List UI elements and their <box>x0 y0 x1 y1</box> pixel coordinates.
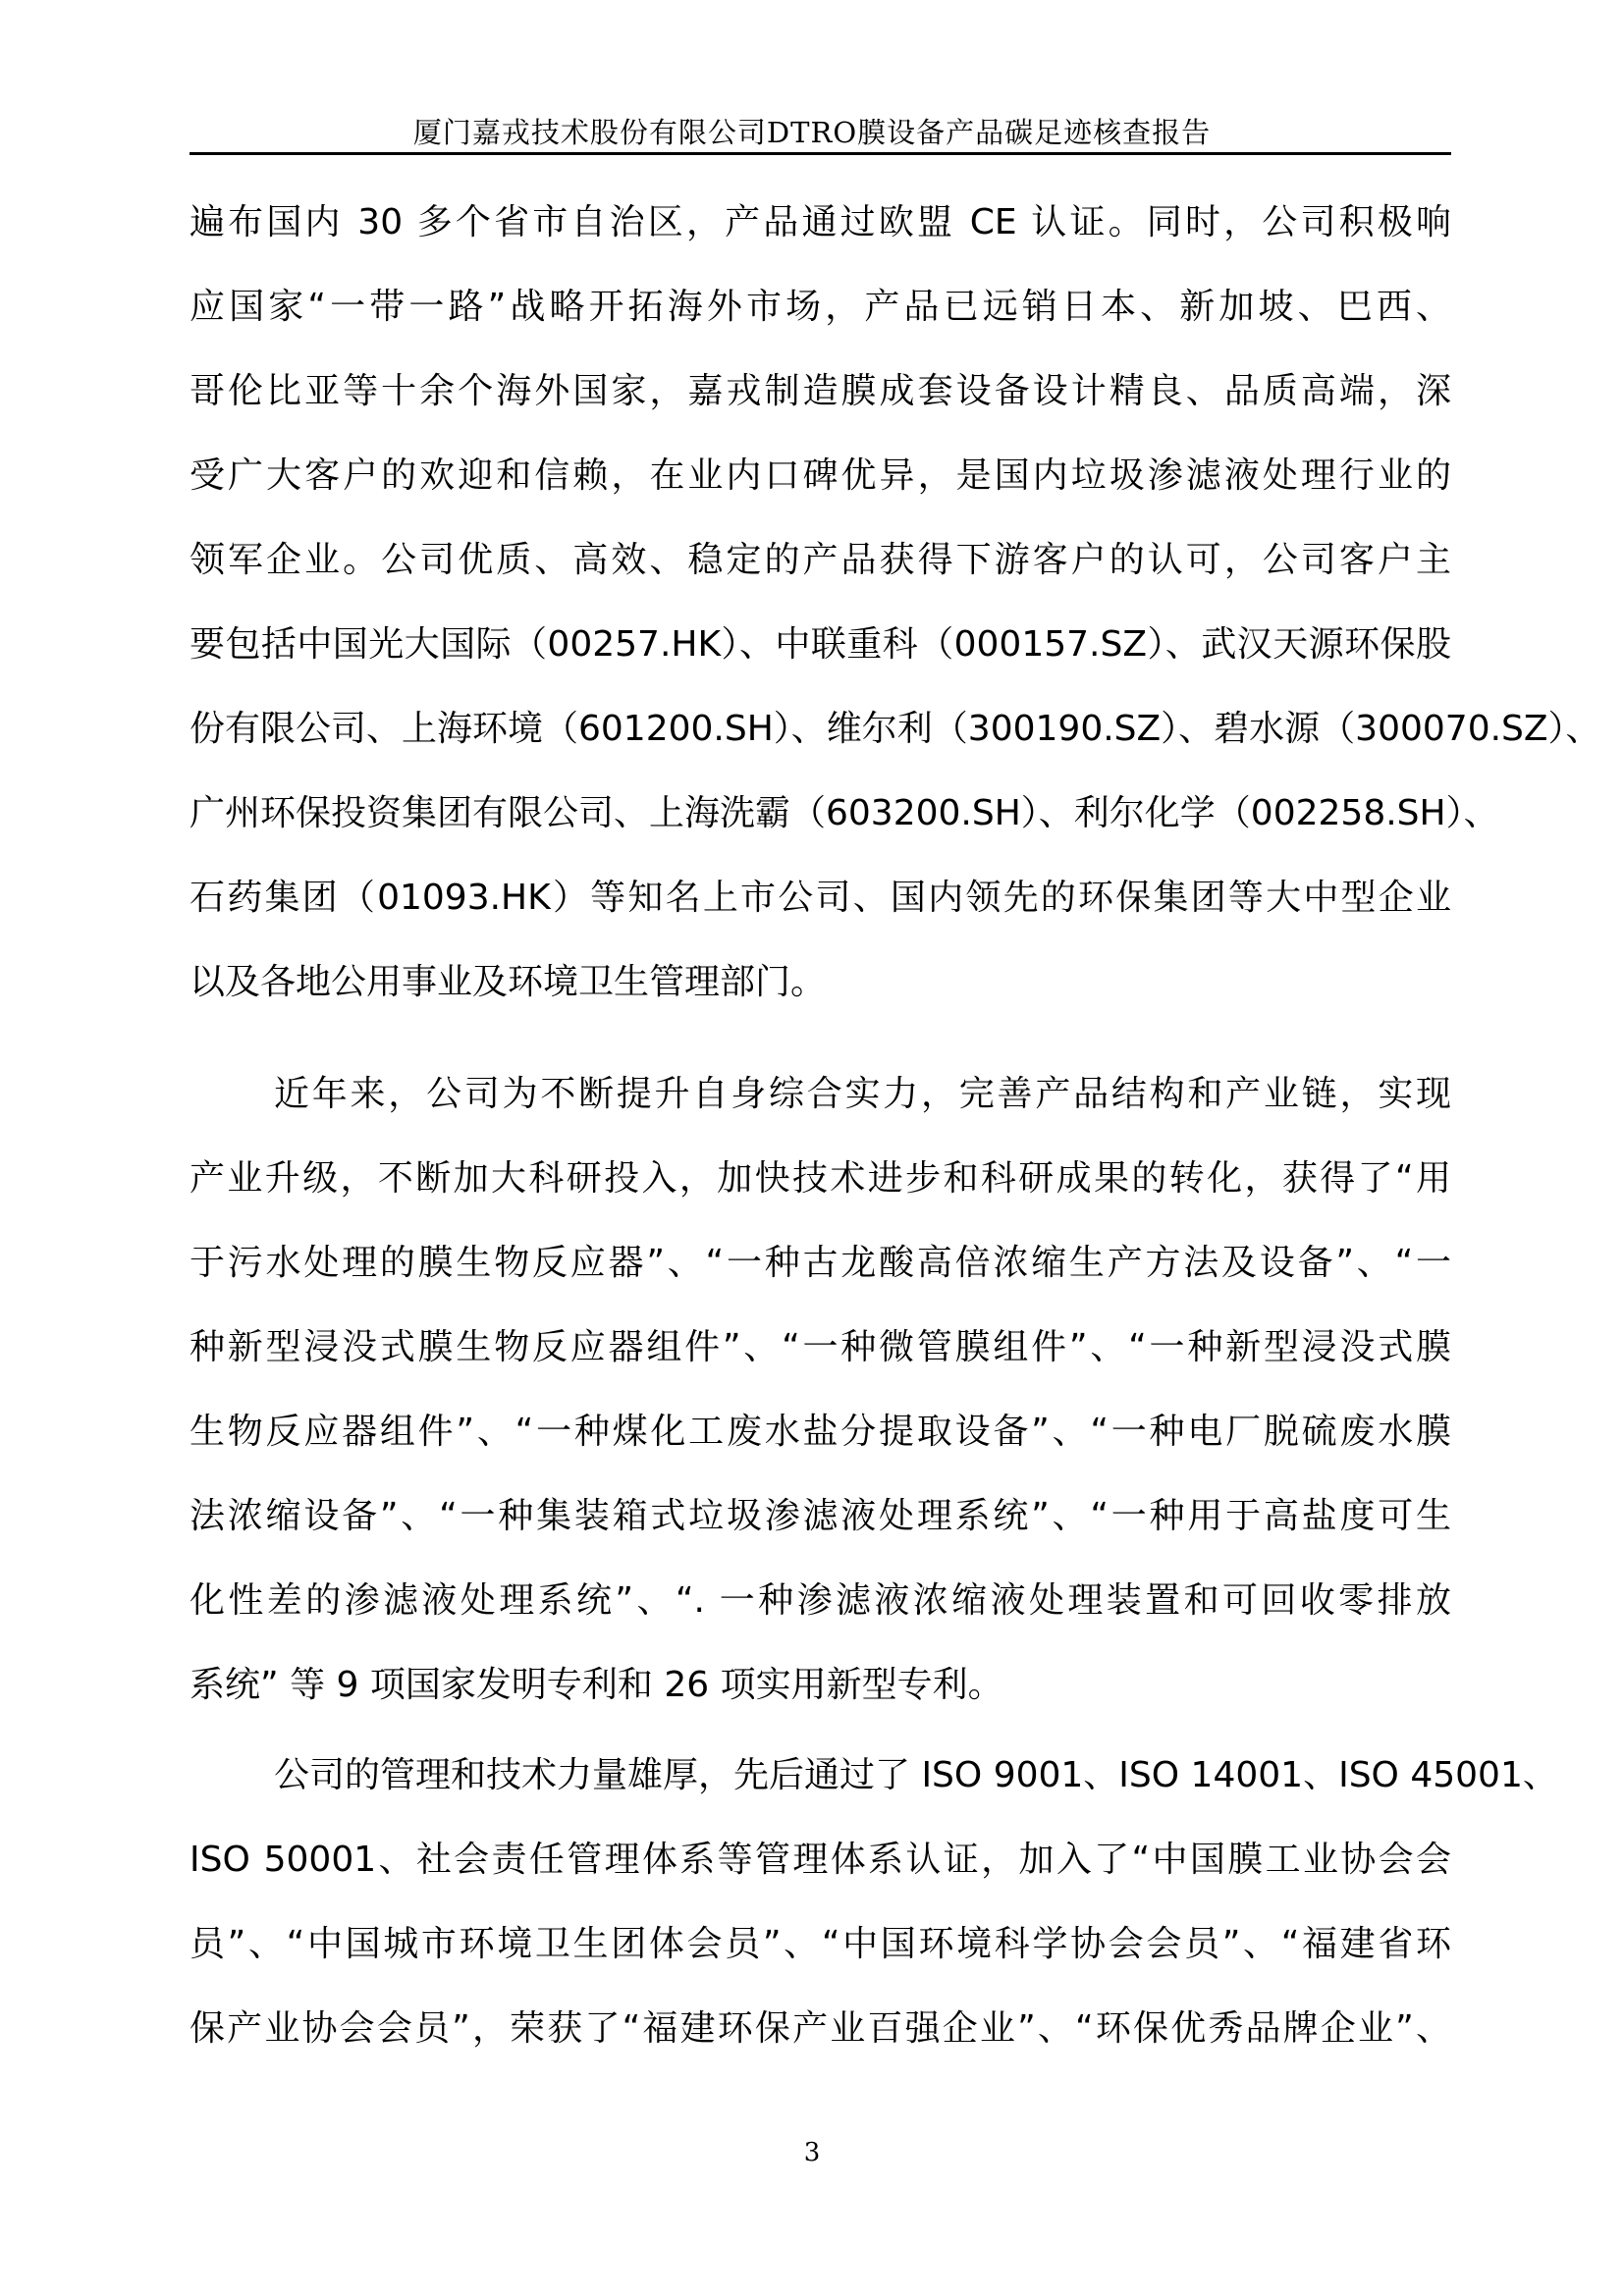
text-line: 受广大客户的欢迎和信赖，在业内口碑优异，是国内垃圾渗滤液处理行业的 <box>189 454 1451 498</box>
text-line: 石药集团（01093.HK）等知名上市公司、国内领先的环保集团等大中型企业 <box>189 877 1451 920</box>
text-line: 广州环保投资集团有限公司、上海洗霸（603200.SH）、利尔化学（002258… <box>189 792 1451 835</box>
text-line: 领军企业。公司优质、高效、稳定的产品获得下游客户的认可，公司客户主 <box>189 539 1451 582</box>
text-line: 公司的管理和技术力量雄厚，先后通过了 ISO 9001、ISO 14001、IS… <box>274 1754 1451 1797</box>
page-number: 3 <box>0 2138 1624 2167</box>
text-line: 以及各地公用事业及环境卫生管理部门。 <box>189 961 1451 1004</box>
text-line: 于污水处理的膜生物反应器”、“一种古龙酸高倍浓缩生产方法及设备”、“一 <box>189 1242 1451 1285</box>
text-line: 法浓缩设备”、“一种集装箱式垃圾渗滤液处理系统”、“一种用于高盐度可生 <box>189 1495 1451 1538</box>
text-line: 生物反应器组件”、“一种煤化工废水盐分提取设备”、“一种电厂脱硫废水膜 <box>189 1411 1451 1454</box>
text-line: 应国家“一带一路”战略开拓海外市场，产品已远销日本、新加坡、巴西、 <box>189 286 1451 329</box>
text-line: 要包括中国光大国际（00257.HK）、中联重科（000157.SZ）、武汉天源… <box>189 623 1451 667</box>
text-line: 员”、“中国城市环境卫生团体会员”、“中国环境科学协会会员”、“福建省环 <box>189 1923 1451 1966</box>
running-header: 厦门嘉戎技术股份有限公司DTRO膜设备产品碳足迹核查报告 <box>0 116 1624 149</box>
text-line: 化性差的渗滤液处理系统”、“. 一种渗滤液浓缩液处理装置和可回收零排放 <box>189 1579 1451 1623</box>
document-page: 厦门嘉戎技术股份有限公司DTRO膜设备产品碳足迹核查报告 遍布国内 30 多个省… <box>0 0 1624 2296</box>
text-line: ISO 50001、社会责任管理体系等管理体系认证，加入了“中国膜工业协会会 <box>189 1839 1451 1882</box>
text-line: 种新型浸没式膜生物反应器组件”、“一种微管膜组件”、“一种新型浸没式膜 <box>189 1326 1451 1369</box>
text-line: 遍布国内 30 多个省市自治区，产品通过欧盟 CE 认证。同时，公司积极响 <box>189 201 1451 244</box>
text-line: 产业升级，不断加大科研投入，加快技术进步和科研成果的转化，获得了“用 <box>189 1157 1451 1201</box>
text-line: 系统” 等 9 项国家发明专利和 26 项实用新型专利。 <box>189 1664 1451 1707</box>
text-line: 哥伦比亚等十余个海外国家，嘉戎制造膜成套设备设计精良、品质高端，深 <box>189 370 1451 413</box>
text-line: 份有限公司、上海环境（601200.SH）、维尔利（300190.SZ）、碧水源… <box>189 708 1451 751</box>
header-divider <box>189 152 1451 155</box>
text-line: 保产业协会会员”，荣获了“福建环保产业百强企业”、“环保优秀品牌企业”、 <box>189 2007 1451 2051</box>
text-line: 近年来，公司为不断提升自身综合实力，完善产品结构和产业链，实现 <box>274 1073 1451 1116</box>
